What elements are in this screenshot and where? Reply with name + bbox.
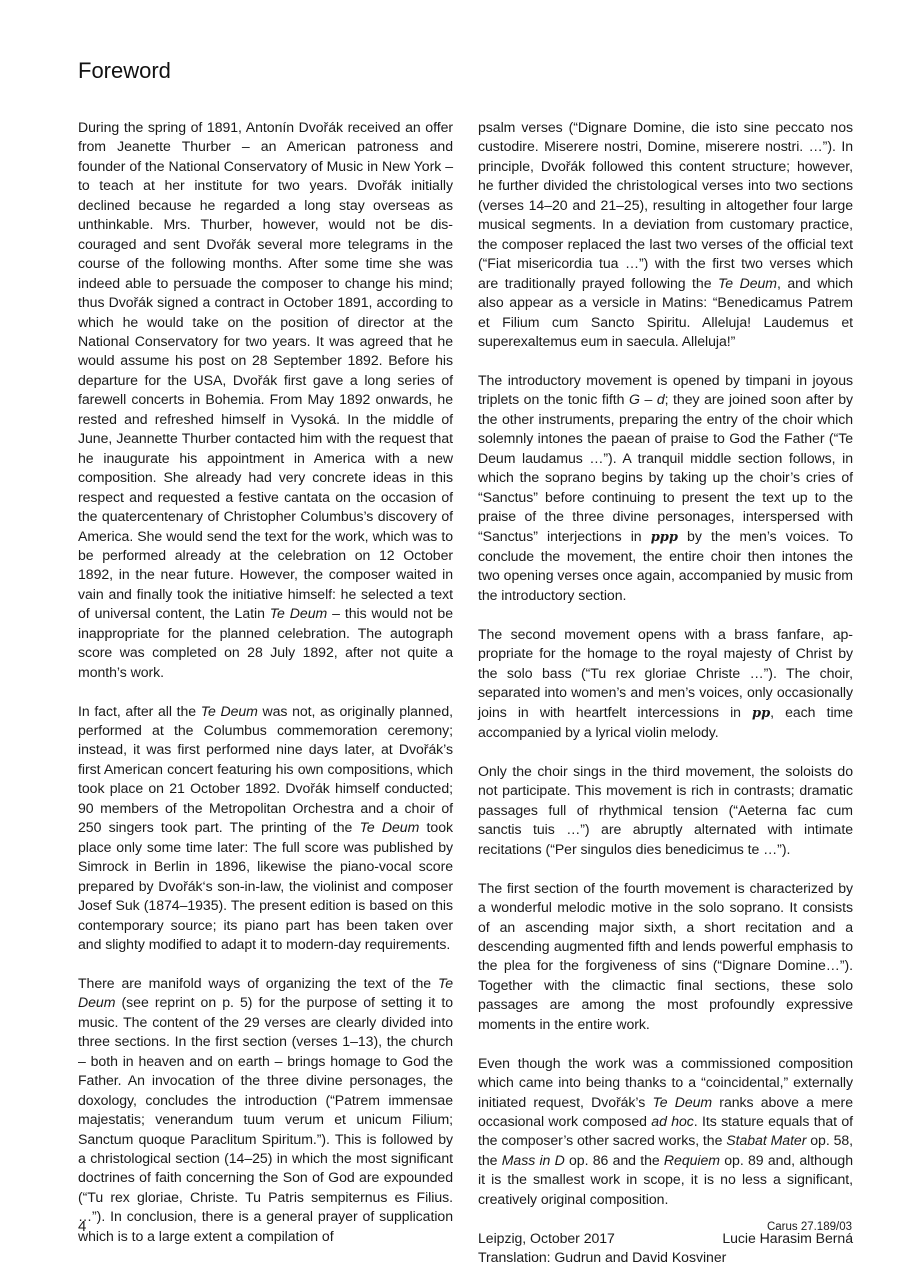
key-notation: G – d (629, 391, 665, 407)
catalog-number: Carus 27.189/03 (767, 1221, 852, 1233)
paragraph-text: psalm verses (“Dignare Domine, die isto … (478, 119, 853, 291)
page-title: Foreword (78, 58, 171, 84)
dynamic-marking: pp (752, 706, 770, 721)
paragraph-text: In fact, after all the (78, 703, 201, 719)
paragraph-text: During the spring of 1891, Antonín Dvořá… (78, 119, 453, 621)
paragraph-third-movement: Only the choir sings in the third moveme… (478, 762, 853, 859)
page-number: 4 (78, 1218, 86, 1235)
paragraph-structure-cont: psalm verses (“Dignare Domine, die isto … (478, 118, 853, 351)
place-date: Leipzig, October 2017 (478, 1229, 615, 1248)
work-title: Te Deum (652, 1094, 712, 1110)
paragraph-text: took place only some time later: The ful… (78, 819, 453, 952)
paragraph-text: ; they are joined soon after by the othe… (478, 391, 853, 543)
translation-credit: Translation: Gudrun and David Kosviner (478, 1248, 853, 1267)
paragraph-text-structure: There are manifold ways of organizing th… (78, 974, 453, 1246)
latin-phrase: ad hoc (651, 1113, 694, 1129)
work-title: Te Deum (360, 819, 420, 835)
work-title: Te Deum (201, 703, 258, 719)
paragraph-text: (see reprint on p. 5) for the purpose of… (78, 994, 453, 1243)
paragraph-text: op. 86 and the (565, 1152, 664, 1168)
work-title: Te Deum (270, 605, 327, 621)
work-title: Requiem (664, 1152, 720, 1168)
paragraph-history: During the spring of 1891, Antonín Dvořá… (78, 118, 453, 682)
paragraph-text: There are manifold ways of organizing th… (78, 975, 438, 991)
paragraph-fourth-movement: The first section of the fourth movement… (478, 879, 853, 1035)
work-title: Mass in D (502, 1152, 565, 1168)
work-title: Stabat Ma­ter (726, 1132, 806, 1148)
paragraph-first-movement: The introductory movement is opened by t… (478, 371, 853, 605)
right-column: psalm verses (“Dignare Domine, die isto … (478, 118, 853, 1268)
left-column: During the spring of 1891, Antonín Dvořá… (78, 118, 453, 1246)
paragraph-conclusion: Even though the work was a commissioned … (478, 1054, 853, 1210)
signature-block: Leipzig, October 2017 Lucie Harasim Bern… (478, 1229, 853, 1268)
paragraph-second-movement: The second movement opens with a brass f… (478, 625, 853, 743)
dynamic-marking: ppp (651, 530, 678, 545)
paragraph-premiere: In fact, after all the Te Deum was not, … (78, 702, 453, 955)
paragraph-text: was not, as originally planned, performe… (78, 703, 453, 836)
work-title: Te Deum (718, 275, 777, 291)
